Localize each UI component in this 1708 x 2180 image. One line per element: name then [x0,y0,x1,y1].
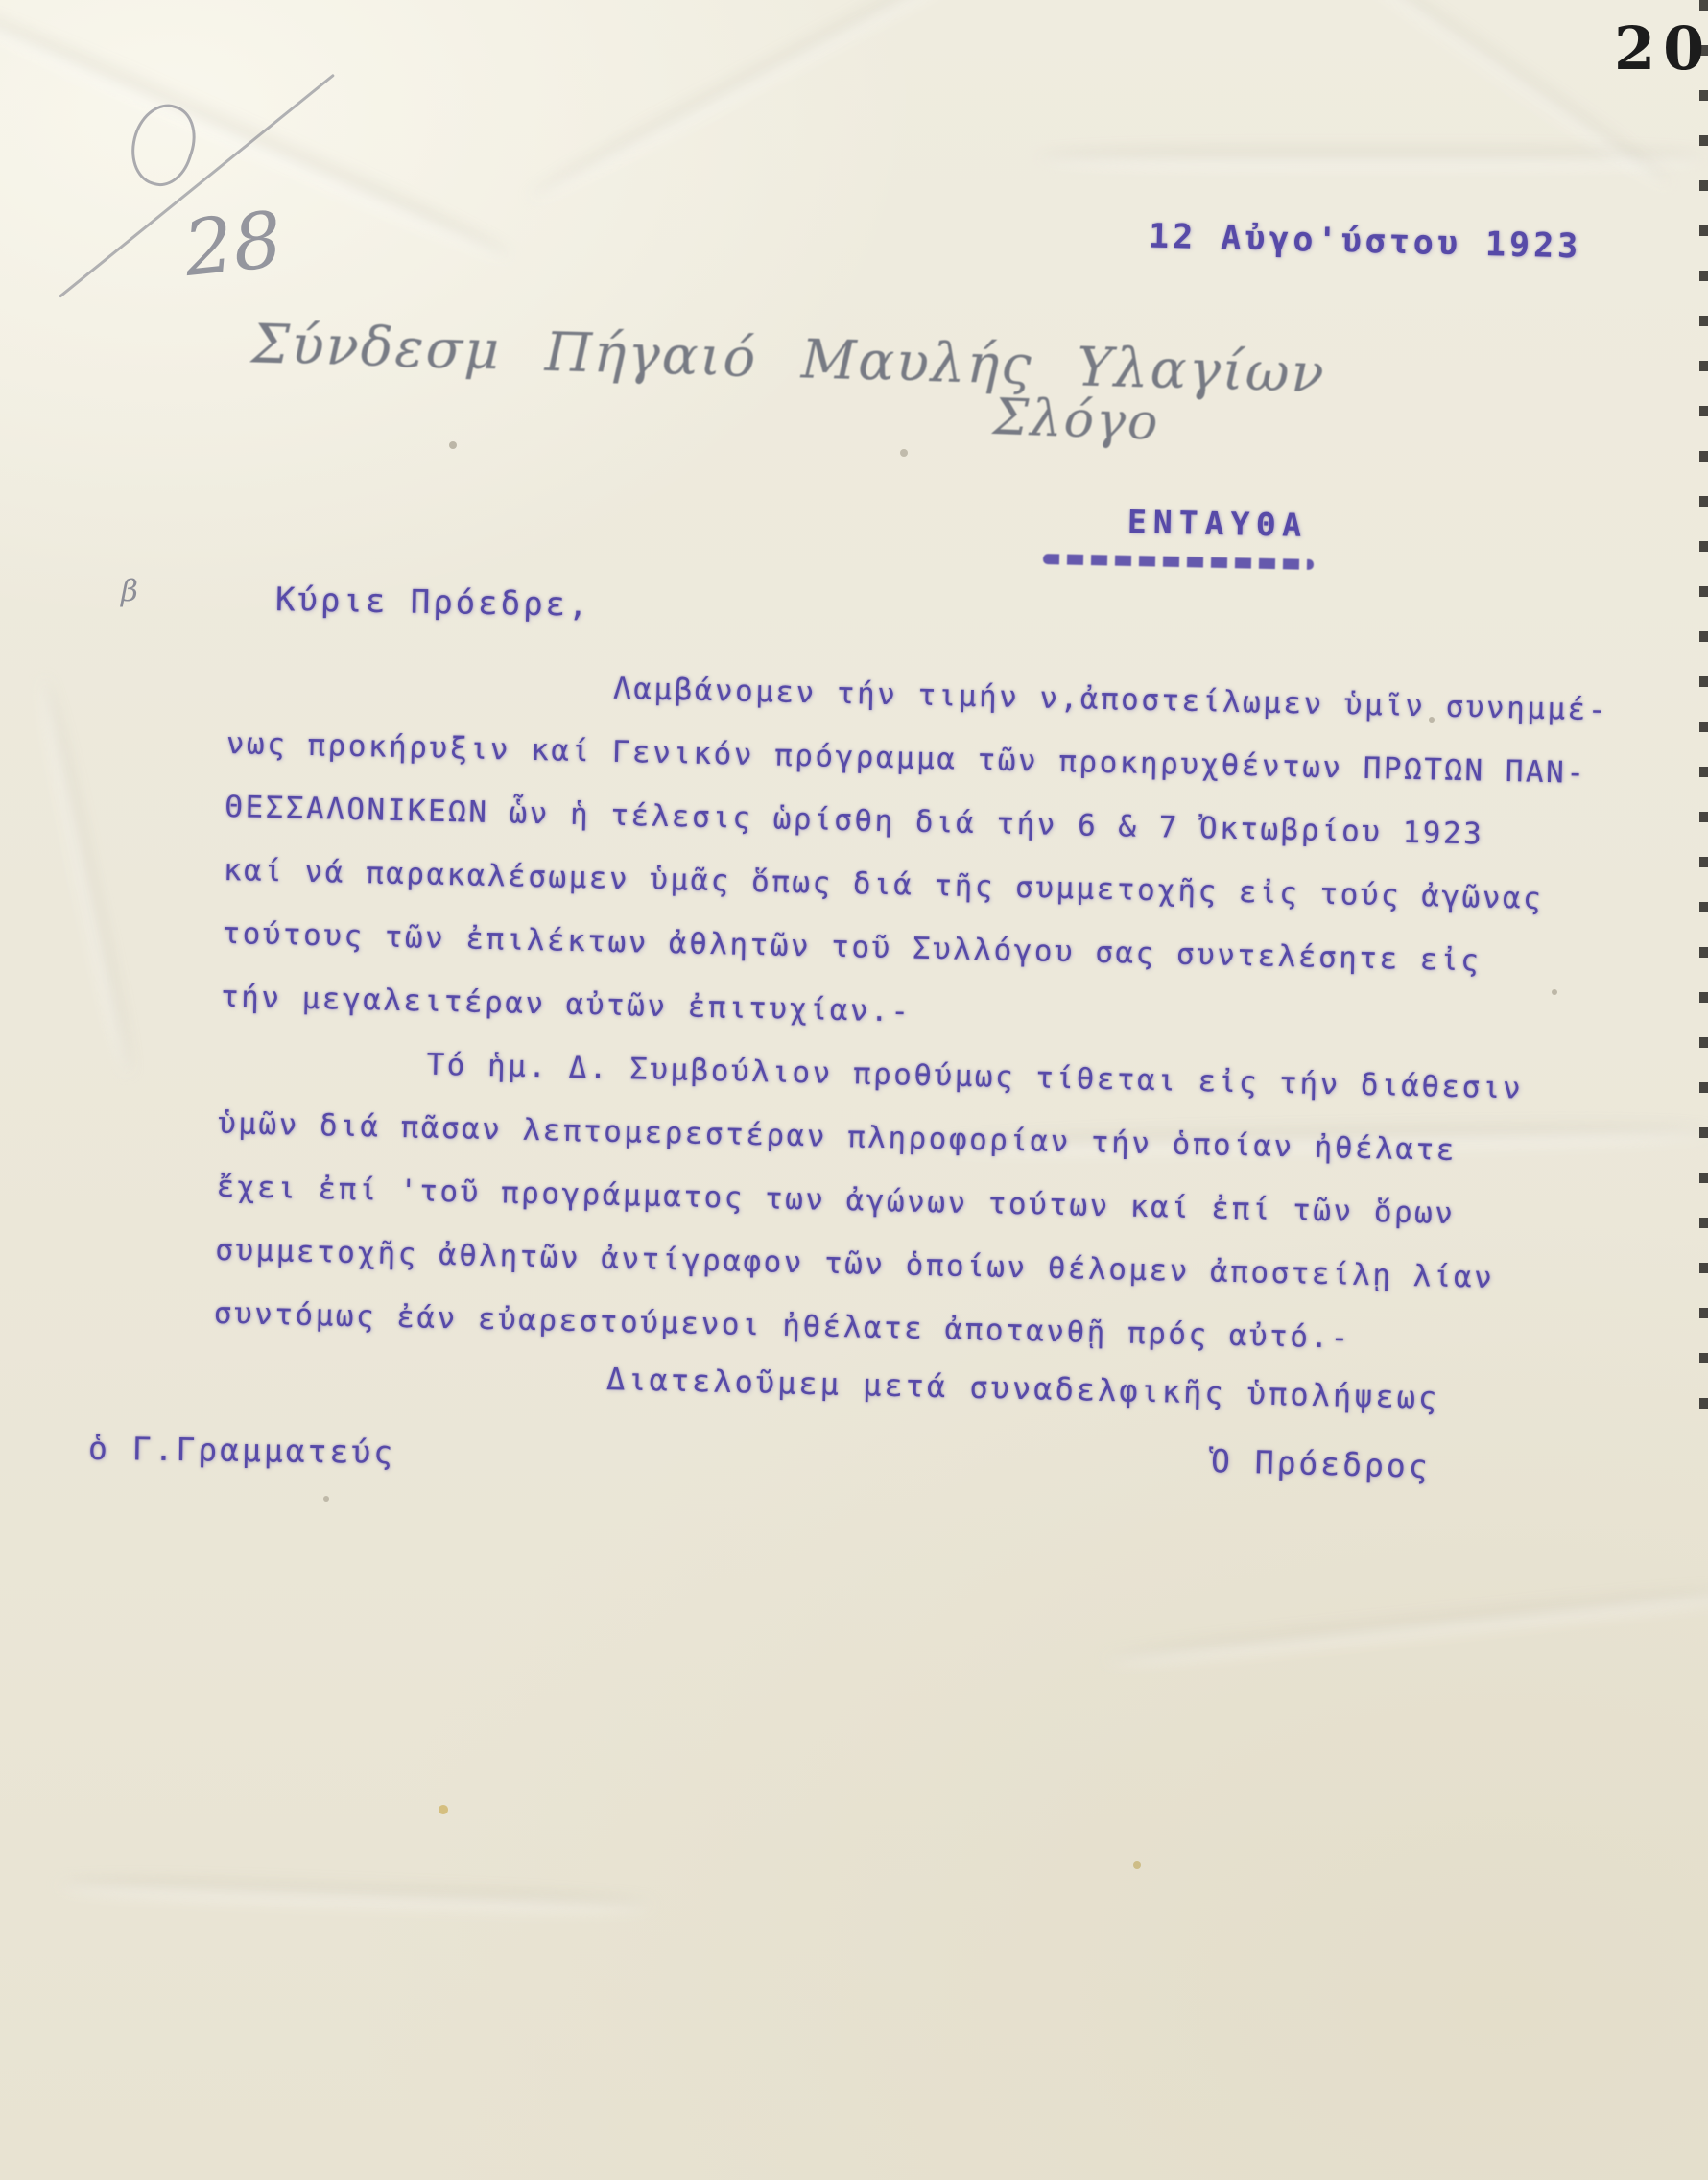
paper-crease [58,1870,653,1920]
letter-body: Λαμβάνομεν τήν τιμήν ν,ἀποστείλωμεν ὑμῖν… [213,649,1657,1376]
pencil-number: 28 [179,195,286,294]
edge-ruler-ticks [1699,0,1708,1439]
heading-underline [1043,554,1314,570]
paper-crease [1036,144,1708,173]
secretary-signature-label: ὁ Γ.Γραμματεύς [88,1430,396,1471]
document-page: { "page": { "folio_number": "20", "penci… [0,0,1708,2180]
paper-crease [33,676,141,1076]
location-heading: ΕΝΤΑΥΘΑ [1127,503,1309,544]
date-line: 12 Αὐγο'ύστου 1923 [1149,217,1582,266]
pencil-circle-mark [121,96,204,194]
ink-speckles [0,0,4,4]
salutation: Κύριε Πρόεδρε, [275,581,591,625]
folio-number: 20 [1614,13,1708,83]
handwritten-annotation-line1: Σύνδεσμ Πήγαιό Μαυλής Υλαγίων [250,313,1326,405]
paper-crease [524,0,1011,209]
paper-crease [1103,1578,1708,1673]
margin-letter: β [121,574,138,608]
president-signature-label: Ὁ Πρόεδρος [1211,1442,1432,1485]
handwritten-annotation-line2: Σλόγο [992,389,1160,452]
